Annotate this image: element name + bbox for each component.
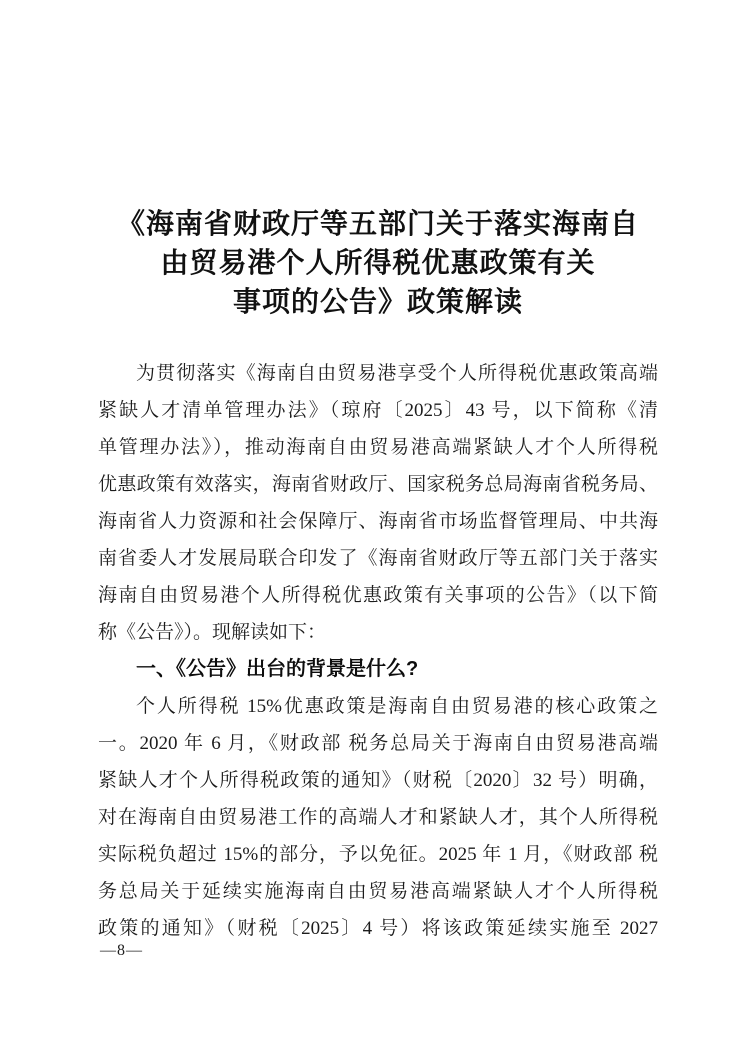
paragraph-line: 海南省人力资源和社会保障厅、海南省市场监督管理局、中共海 <box>98 503 658 540</box>
document-title-line-3: 事项的公告》政策解读 <box>98 283 658 322</box>
document-title: 《海南省财政厅等五部门关于落实海南自 由贸易港个人所得税优惠政策有关 事项的公告… <box>98 205 658 322</box>
paragraph-line: 对在海南自由贸易港工作的高端人才和紧缺人才，其个人所得税 <box>98 799 658 836</box>
document-page: 《海南省财政厅等五部门关于落实海南自 由贸易港个人所得税优惠政策有关 事项的公告… <box>0 0 750 1060</box>
paragraph-line: 政策的通知》（财税〔2025〕4 号）将该政策延续实施至 2027 <box>98 910 658 947</box>
document-title-line-1: 《海南省财政厅等五部门关于落实海南自 <box>98 205 658 244</box>
paragraph-line: 务总局关于延续实施海南自由贸易港高端紧缺人才个人所得税 <box>98 873 658 910</box>
paragraph-line: 紧缺人才个人所得税政策的通知》（财税〔2020〕32 号）明确， <box>98 762 658 799</box>
document-title-line-2: 由贸易港个人所得税优惠政策有关 <box>98 244 658 283</box>
document-content: 《海南省财政厅等五部门关于落实海南自 由贸易港个人所得税优惠政策有关 事项的公告… <box>98 205 658 947</box>
paragraph-line: 海南自由贸易港个人所得税优惠政策有关事项的公告》（以下简 <box>98 577 658 614</box>
page-number: —8— <box>100 941 143 961</box>
section-heading: 一、《公告》出台的背景是什么? <box>98 651 658 688</box>
paragraph-line: 单管理办法》），推动海南自由贸易港高端紧缺人才个人所得税 <box>98 429 658 466</box>
paragraph-line: 为贯彻落实《海南自由贸易港享受个人所得税优惠政策高端 <box>98 355 658 392</box>
paragraph-line: 一。2020 年 6 月，《财政部 税务总局关于海南自由贸易港高端 <box>98 725 658 762</box>
paragraph-line: 个人所得税 15%优惠政策是海南自由贸易港的核心政策之 <box>98 688 658 725</box>
paragraph-line: 实际税负超过 15%的部分，予以免征。2025 年 1 月，《财政部 税 <box>98 836 658 873</box>
paragraph-line: 南省委人才发展局联合印发了《海南省财政厅等五部门关于落实 <box>98 540 658 577</box>
paragraph-line: 称《公告》）。现解读如下： <box>98 614 658 651</box>
paragraph-line: 紧缺人才清单管理办法》（琼府〔2025〕43 号，以下简称《清 <box>98 392 658 429</box>
paragraph-line: 优惠政策有效落实，海南省财政厅、国家税务总局海南省税务局、 <box>98 466 658 503</box>
document-body: 为贯彻落实《海南自由贸易港享受个人所得税优惠政策高端 紧缺人才清单管理办法》（琼… <box>98 355 658 947</box>
